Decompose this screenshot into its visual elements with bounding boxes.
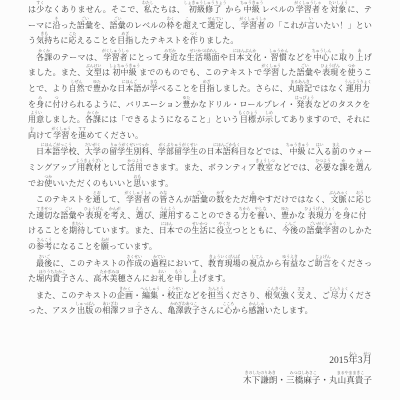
preface-paragraph: また、このテキストの企画きかく・編集へんしゅう・校正こうせいなどを担当たんとうく…	[28, 287, 372, 319]
authors-line: 木下謙朗きのしたのりあき・三橋麻子みつはしあさこ・丸山真貴子まるやままきこ	[28, 371, 372, 388]
preface-body: は少すくなくありません。そこで、私わたしたちは、初級修了しょきゅうしゅうりょうか…	[28, 1, 372, 319]
closing-block: 2015年ねん3月がつ 木下謙朗きのしたのりあき・三橋麻子みつはしあさこ・丸山真…	[28, 352, 372, 388]
preface-paragraph: このテキストを通とおして、学習者がくしゅうしゃの皆みなさんが語彙ごいの数かずをた…	[28, 191, 372, 254]
preface-paragraph: 最後さいごに、このテキストの作成さくせいの過程かていにおいて、教育現場きょういく…	[28, 255, 372, 287]
publication-date: 2015年ねん3月がつ	[28, 352, 372, 369]
preface-paragraph: 各課かくかのテーマは、学習者がくしゅうしゃにとって身近みぢかな生活場面せいかつば…	[28, 49, 372, 144]
preface-paragraph: 日本語学校にほんごがっこう、大学だいがくの留学生別科りゅうがくせいべっか、学部留…	[28, 143, 372, 191]
preface-page: は少すくなくありません。そこで、私わたしたちは、初級修了しょきゅうしゅうりょうか…	[0, 0, 400, 400]
preface-paragraph: は少すくなくありません。そこで、私わたしたちは、初級修了しょきゅうしゅうりょうか…	[28, 1, 372, 49]
